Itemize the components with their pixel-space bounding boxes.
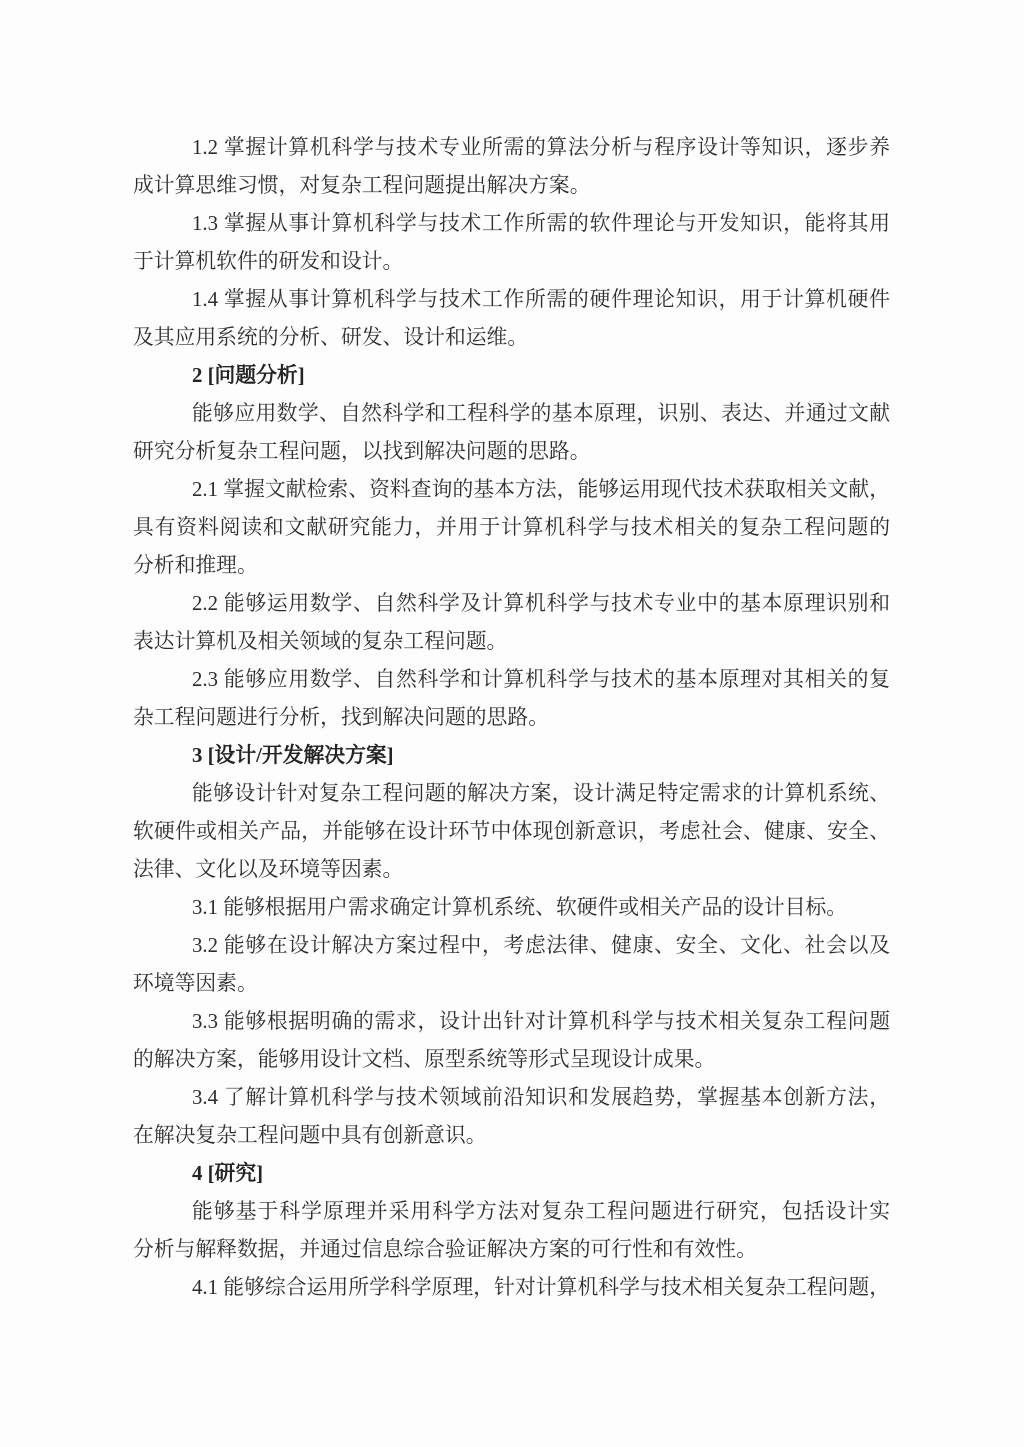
- text-line: 3.4 了解计算机科学与技术领域前沿知识和发展趋势，掌握基本创新方法，: [133, 1079, 890, 1117]
- text-line: 具有资料阅读和文献研究能力，并用于计算机科学与技术相关的复杂工程问题的: [133, 509, 890, 547]
- section-heading: 4 [研究]: [133, 1155, 890, 1193]
- text-line: 能够设计针对复杂工程问题的解决方案，设计满足特定需求的计算机系统、: [133, 775, 890, 813]
- text-line: 成计算思维习惯，对复杂工程问题提出解决方案。: [133, 167, 890, 205]
- text-line: 分析和推理。: [133, 547, 890, 585]
- document-page: 1.2 掌握计算机科学与技术专业所需的算法分析与程序设计等知识，逐步养成计算思维…: [0, 0, 1024, 1447]
- text-line: 能够应用数学、自然科学和工程科学的基本原理，识别、表达、并通过文献: [133, 395, 890, 433]
- section-heading: 3 [设计/开发解决方案]: [133, 737, 890, 775]
- text-line: 3.2 能够在设计解决方案过程中，考虑法律、健康、安全、文化、社会以及: [133, 927, 890, 965]
- document-text: 1.2 掌握计算机科学与技术专业所需的算法分析与程序设计等知识，逐步养成计算思维…: [133, 129, 890, 1307]
- text-line: 及其应用系统的分析、研发、设计和运维。: [133, 319, 890, 357]
- text-line: 杂工程问题进行分析，找到解决问题的思路。: [133, 699, 890, 737]
- text-line: 能够基于科学原理并采用科学方法对复杂工程问题进行研究，包括设计实验、: [133, 1193, 890, 1231]
- text-line: 1.3 掌握从事计算机科学与技术工作所需的软件理论与开发知识，能将其用: [133, 205, 890, 243]
- text-line: 1.2 掌握计算机科学与技术专业所需的算法分析与程序设计等知识，逐步养: [133, 129, 890, 167]
- text-line: 于计算机软件的研发和设计。: [133, 243, 890, 281]
- text-line: 研究分析复杂工程问题，以找到解决问题的思路。: [133, 433, 890, 471]
- text-line: 在解决复杂工程问题中具有创新意识。: [133, 1117, 890, 1155]
- text-line: 软硬件或相关产品，并能够在设计环节中体现创新意识，考虑社会、健康、安全、: [133, 813, 890, 851]
- text-line: 分析与解释数据，并通过信息综合验证解决方案的可行性和有效性。: [133, 1231, 890, 1269]
- text-line: 表达计算机及相关领域的复杂工程问题。: [133, 623, 890, 661]
- text-line: 3.3 能够根据明确的需求，设计出针对计算机科学与技术相关复杂工程问题: [133, 1003, 890, 1041]
- text-line: 的解决方案，能够用设计文档、原型系统等形式呈现设计成果。: [133, 1041, 890, 1079]
- text-line: 1.4 掌握从事计算机科学与技术工作所需的硬件理论知识，用于计算机硬件: [133, 281, 890, 319]
- text-line: 2.1 掌握文献检索、资料查询的基本方法，能够运用现代技术获取相关文献，: [133, 471, 890, 509]
- text-line: 环境等因素。: [133, 965, 890, 1003]
- text-line: 4.1 能够综合运用所学科学原理，针对计算机科学与技术相关复杂工程问题，: [133, 1269, 890, 1307]
- text-line: 2.3 能够应用数学、自然科学和计算机科学与技术的基本原理对其相关的复: [133, 661, 890, 699]
- section-heading: 2 [问题分析]: [133, 357, 890, 395]
- text-line: 2.2 能够运用数学、自然科学及计算机科学与技术专业中的基本原理识别和: [133, 585, 890, 623]
- text-line: 3.1 能够根据用户需求确定计算机系统、软硬件或相关产品的设计目标。: [133, 889, 890, 927]
- text-line: 法律、文化以及环境等因素。: [133, 851, 890, 889]
